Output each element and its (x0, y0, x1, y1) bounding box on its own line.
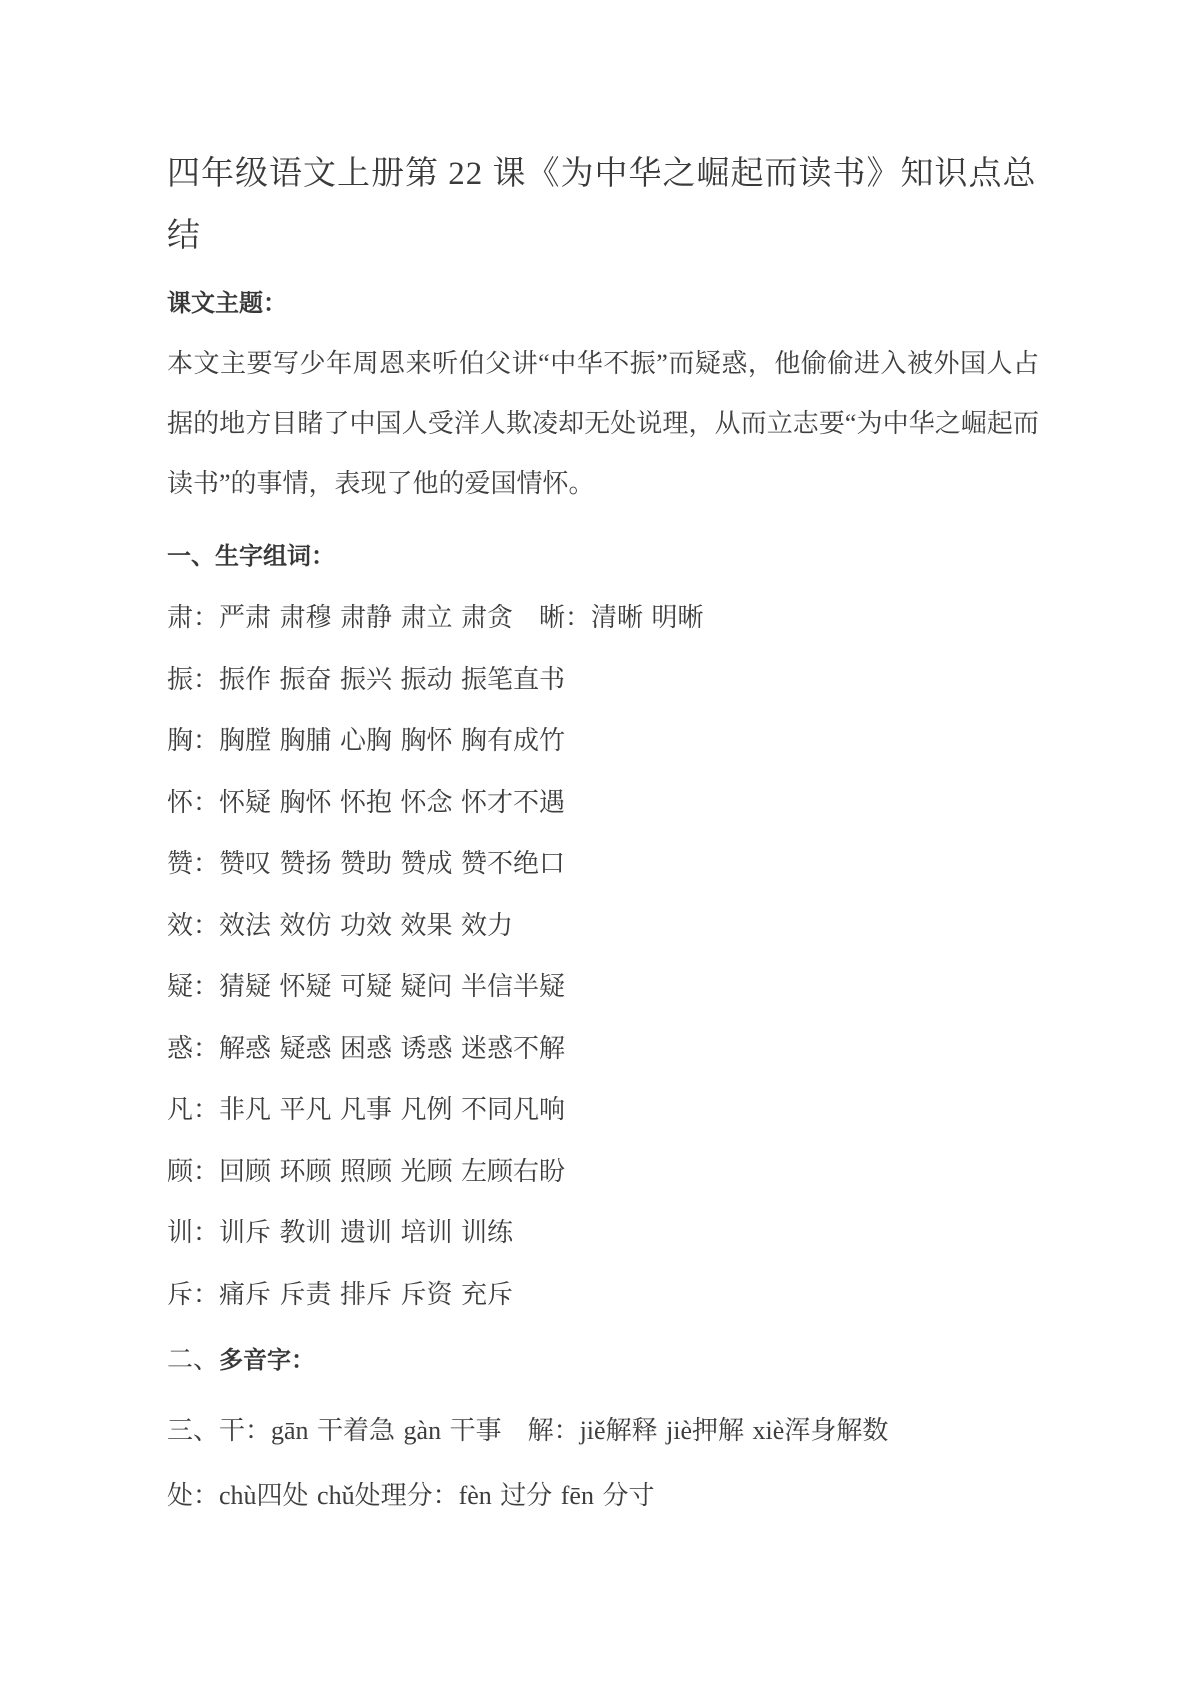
word-row: 凡：非凡 平凡 凡事 凡例 不同凡响 (167, 1079, 1039, 1141)
word-list: 肃：严肃 肃穆 肃静 肃立 肃贪 晰：清晰 明晰 振：振作 振奋 振兴 振动 振… (167, 587, 1039, 1325)
theme-heading: 课文主题： (167, 274, 1039, 334)
word-row: 振：振作 振奋 振兴 振动 振笔直书 (167, 649, 1039, 711)
section2-number: 二、 (167, 1345, 219, 1374)
polyphone-row: 处：chù四处 chǔ处理分：fèn 过分 fēn 分寸 (167, 1466, 1039, 1526)
word-row: 疑：猜疑 怀疑 可疑 疑问 半信半疑 (167, 956, 1039, 1018)
word-row: 肃：严肃 肃穆 肃静 肃立 肃贪 晰：清晰 明晰 (167, 587, 1039, 649)
page-title: 四年级语文上册第 22 课《为中华之崛起而读书》知识点总结 (167, 143, 1039, 267)
section2-title: 多音字： (219, 1347, 315, 1374)
document-page: 四年级语文上册第 22 课《为中华之崛起而读书》知识点总结 课文主题： 本文主要… (167, 143, 1039, 1526)
word-row: 训：训斥 教训 遗训 培训 训练 (167, 1202, 1039, 1264)
section1-heading: 一、生字组词： (167, 527, 1039, 587)
section1-number: 一、 (167, 543, 215, 570)
word-row: 惑：解惑 疑惑 困惑 诱惑 迷惑不解 (167, 1018, 1039, 1080)
word-row: 赞：赞叹 赞扬 赞助 赞成 赞不绝口 (167, 833, 1039, 895)
section1-title: 生字组词： (215, 543, 335, 570)
theme-paragraph: 本文主要写少年周恩来听伯父讲“中华不振”而疑惑，他偷偷进入被外国人占据的地方目睹… (167, 334, 1039, 514)
section2-heading: 二、多音字： (167, 1330, 1039, 1391)
word-row: 斥：痛斥 斥责 排斥 斥资 充斥 (167, 1264, 1039, 1326)
word-row: 怀：怀疑 胸怀 怀抱 怀念 怀才不遇 (167, 772, 1039, 834)
word-row: 效：效法 效仿 功效 效果 效力 (167, 895, 1039, 957)
word-row: 顾：回顾 环顾 照顾 光顾 左顾右盼 (167, 1141, 1039, 1203)
polyphone-row: 三、干：gān 干着急 gàn 干事 解：jiě解释 jiè押解 xiè浑身解数 (167, 1401, 1039, 1461)
word-row: 胸：胸膛 胸脯 心胸 胸怀 胸有成竹 (167, 710, 1039, 772)
